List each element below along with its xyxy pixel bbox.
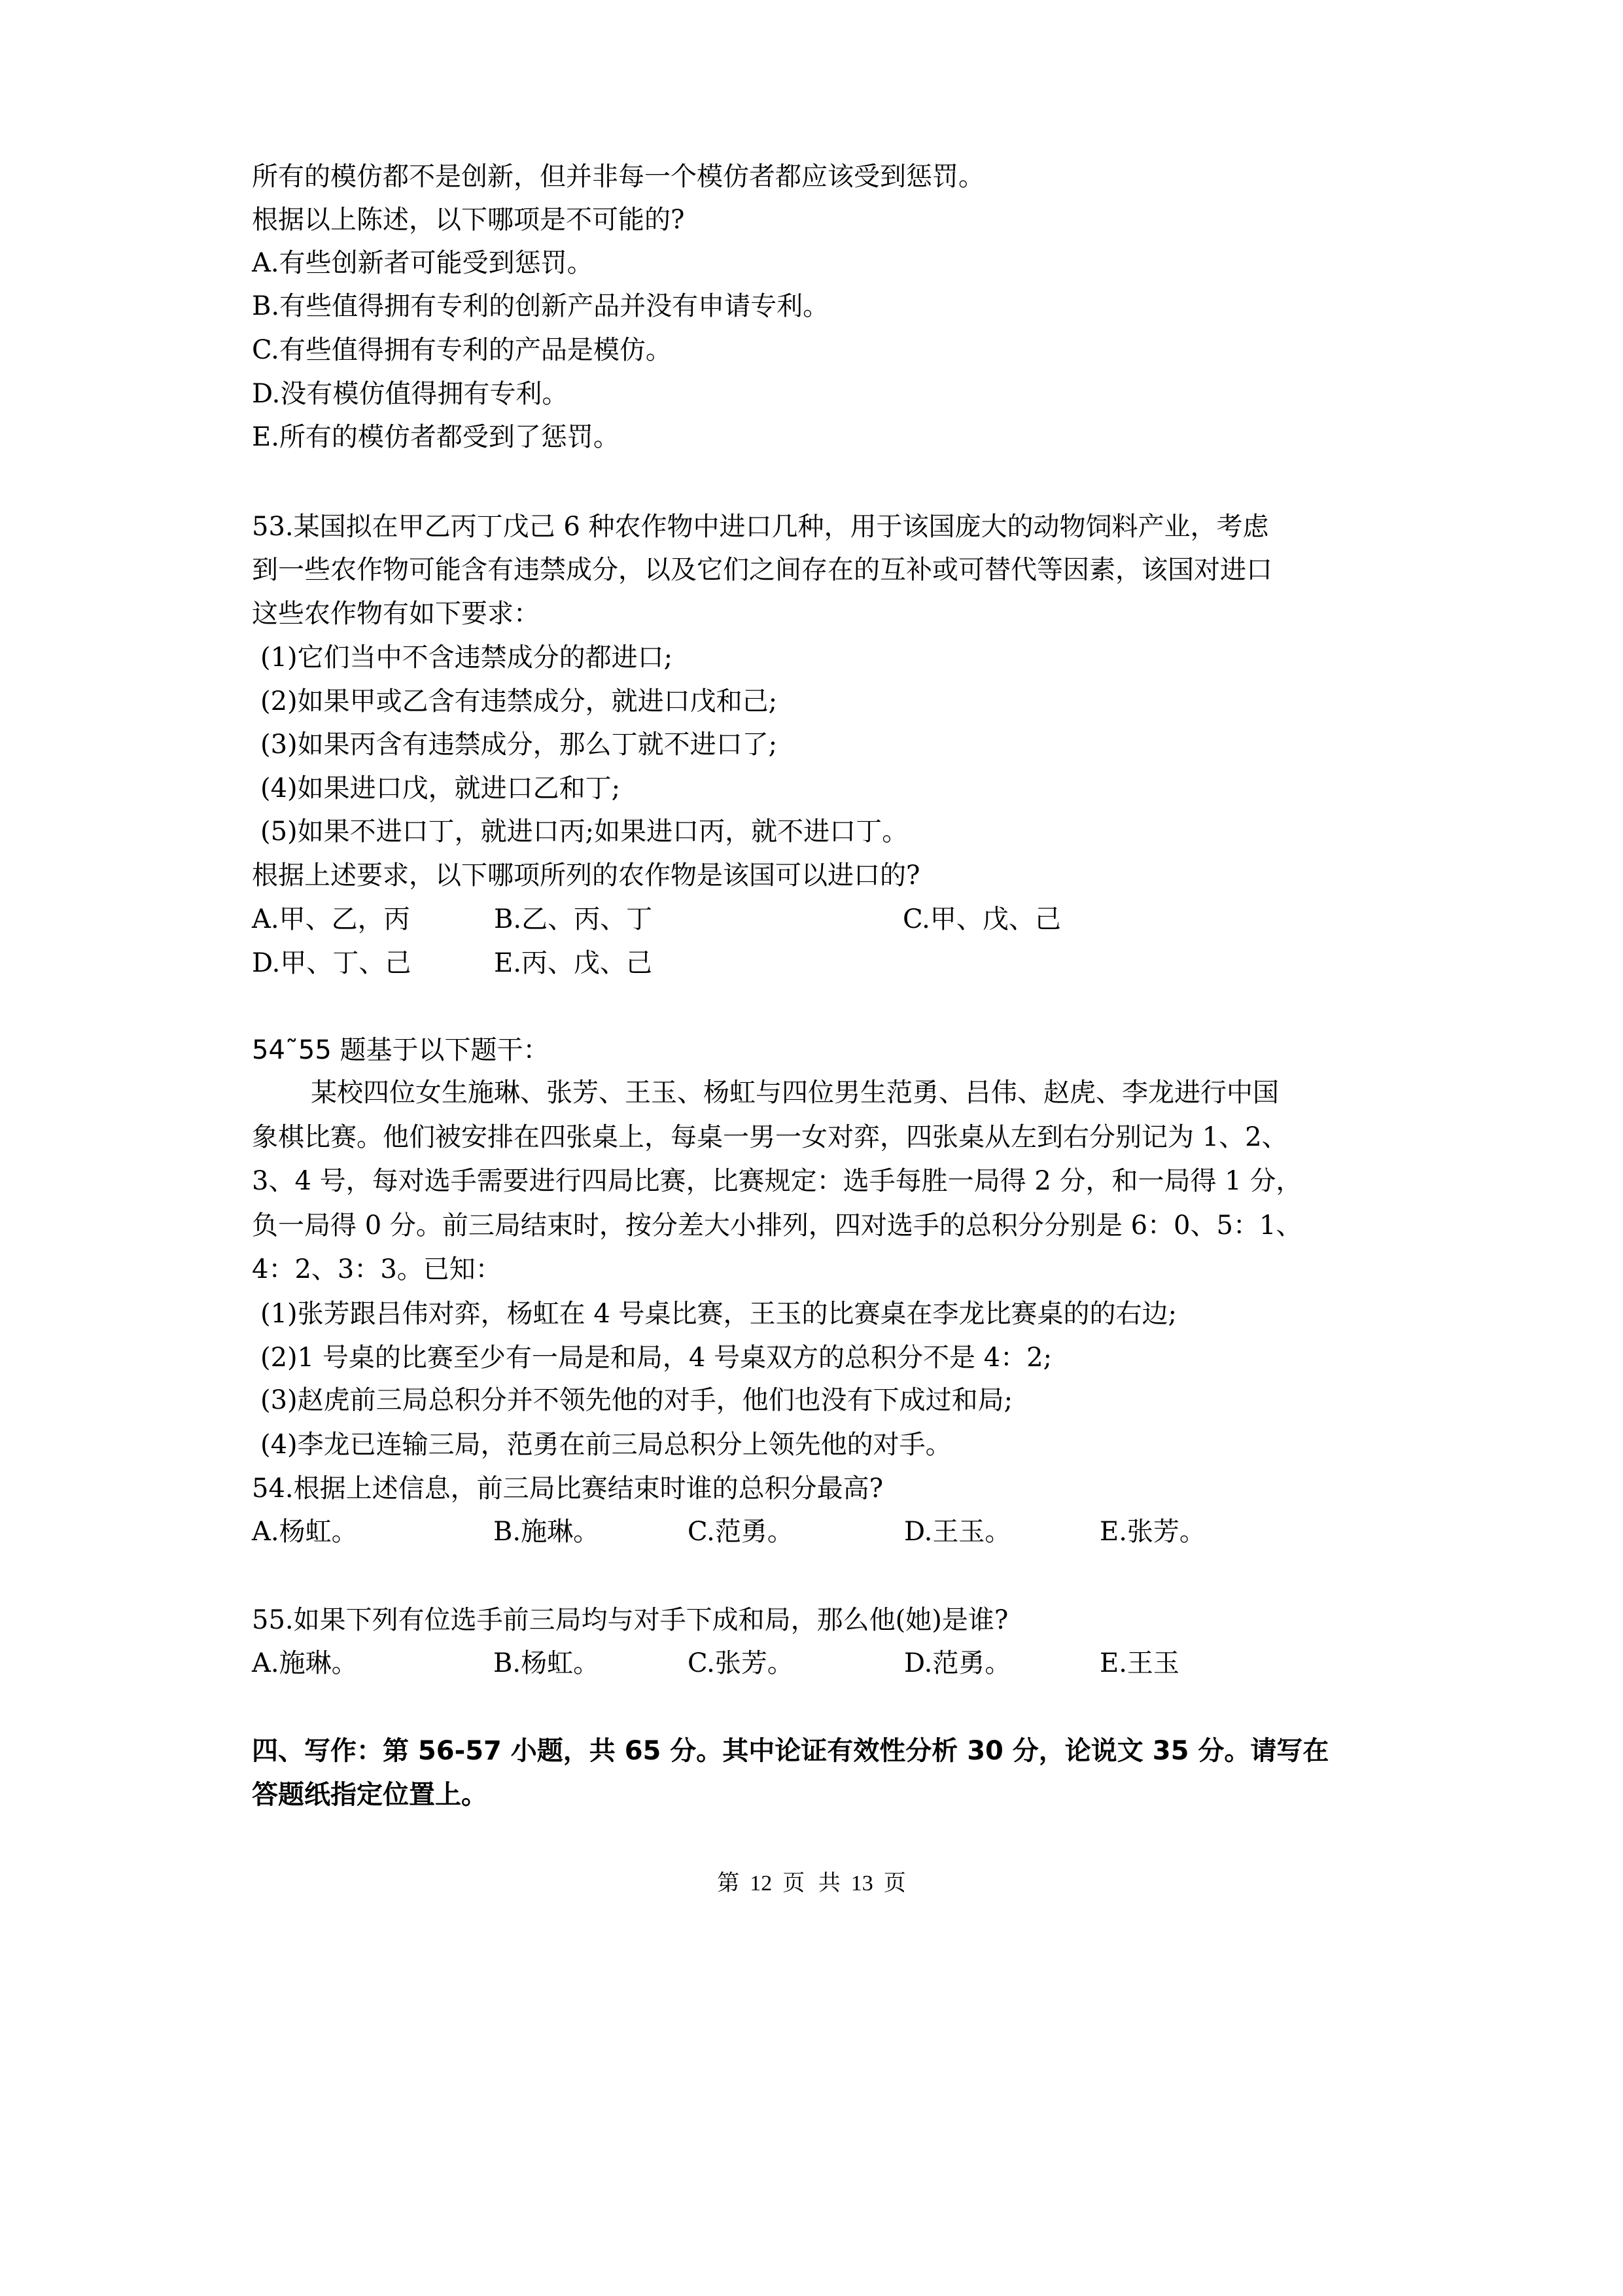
q52-option-c: C.有些值得拥有专利的产品是模仿。: [252, 334, 672, 366]
q53-condition-1: (1)它们当中不含违禁成分的都进口;: [260, 641, 672, 674]
q55-option-c: C.张芳。: [688, 1647, 794, 1680]
q54-55-condition-4: (4)李龙已连输三局，范勇在前三局总积分上领先他的对手。: [260, 1428, 952, 1461]
q55-option-e: E.王玉: [1100, 1647, 1179, 1680]
footer-current-page: 12: [750, 1871, 772, 1896]
q53-condition-2: (2)如果甲或乙含有违禁成分，就进口戊和己;: [260, 685, 777, 718]
q52-stem-line: 所有的模仿都不是创新，但并非每一个模仿者都应该受到惩罚。: [252, 160, 985, 193]
footer-total-pages: 13: [851, 1871, 873, 1896]
q54-55-condition-3: (3)赵虎前三局总积分并不领先他的对手，他们也没有下成过和局;: [260, 1384, 1013, 1417]
page-footer: 第12页 共13页: [0, 1869, 1623, 1899]
q53-stem-line-3: 这些农作物有如下要求：: [252, 597, 540, 630]
q54-option-a: A.杨虹。: [252, 1515, 358, 1548]
q54-55-paragraph-line-5: 4：2、3：3。已知：: [252, 1253, 502, 1286]
q54-55-condition-1: (1)张芳跟吕伟对弈，杨虹在 4 号桌比赛，王玉的比赛桌在李龙比赛桌的的右边;: [260, 1298, 1177, 1330]
q54-question: 54.根据上述信息，前三局比赛结束时谁的总积分最高?: [252, 1472, 883, 1505]
q55-question: 55.如果下列有位选手前三局均与对手下成和局，那么他(她)是谁?: [252, 1604, 1008, 1636]
footer-mid: 页 共: [782, 1871, 841, 1896]
q54-55-paragraph-line-3: 3、4 号，每对选手需要进行四局比赛，比赛规定：选手每胜一局得 2 分，和一局得…: [252, 1165, 1302, 1197]
q53-option-e: E.丙、戊、己: [494, 947, 652, 980]
q54-55-paragraph-line-2: 象棋比赛。他们被安排在四张桌上，每桌一男一女对弈，四张桌从左到右分别记为 1、2…: [252, 1121, 1288, 1154]
q53-option-a: A.甲、乙，丙: [252, 903, 410, 936]
q53-option-c: C.甲、戊、己: [903, 903, 1061, 936]
q52-question: 根据以上陈述，以下哪项是不可能的?: [252, 203, 684, 236]
q53-stem-line-1: 53.某国拟在甲乙丙丁戊己 6 种农作物中进口几种，用于该国庞大的动物饲料产业，…: [252, 510, 1269, 543]
q52-option-d: D.没有模仿值得拥有专利。: [252, 378, 568, 410]
q53-condition-5: (5)如果不进口丁，就进口丙;如果进口丙，就不进口丁。: [260, 815, 908, 848]
q53-question: 根据上述要求，以下哪项所列的农作物是该国可以进口的?: [252, 859, 920, 892]
q54-option-d: D.王玉。: [904, 1515, 1011, 1548]
q54-option-e: E.张芳。: [1100, 1515, 1206, 1548]
q53-condition-4: (4)如果进口戊，就进口乙和丁;: [260, 772, 620, 805]
q55-option-a: A.施琳。: [252, 1647, 358, 1680]
q53-option-b: B.乙、丙、丁: [494, 903, 652, 936]
q55-option-d: D.范勇。: [904, 1647, 1011, 1680]
q54-option-b: B.施琳。: [493, 1515, 599, 1548]
q54-55-heading: 54˜55 题基于以下题干：: [252, 1034, 550, 1067]
q52-option-e: E.所有的模仿者都受到了惩罚。: [252, 421, 620, 453]
q53-condition-3: (3)如果丙含有违禁成分，那么丁就不进口了;: [260, 728, 777, 761]
q53-stem-line-2: 到一些农作物可能含有违禁成分，以及它们之间存在的互补或可替代等因素，该国对进口: [252, 554, 1272, 586]
q54-55-condition-2: (2)1 号桌的比赛至少有一局是和局，4 号桌双方的总积分不是 4：2;: [260, 1341, 1052, 1374]
q53-option-d: D.甲、丁、己: [252, 947, 411, 980]
q54-55-paragraph-line-4: 负一局得 0 分。前三局结束时，按分差大小排列，四对选手的总积分分别是 6：0、…: [252, 1209, 1302, 1242]
q54-55-paragraph-line-1: 某校四位女生施琳、张芳、王玉、杨虹与四位男生范勇、吕伟、赵虎、李龙进行中国: [311, 1076, 1279, 1109]
q54-option-c: C.范勇。: [688, 1515, 794, 1548]
section4-heading-line-2: 答题纸指定位置上。: [252, 1778, 487, 1811]
footer-prefix: 第: [717, 1871, 739, 1896]
q52-option-a: A.有些创新者可能受到惩罚。: [252, 247, 593, 279]
footer-suffix: 页: [884, 1871, 906, 1896]
q55-option-b: B.杨虹。: [493, 1647, 599, 1680]
section4-heading-line-1: 四、写作：第 56-57 小题，共 65 分。其中论证有效性分析 30 分，论说…: [252, 1735, 1329, 1767]
q52-option-b: B.有些值得拥有专利的创新产品并没有申请专利。: [252, 290, 829, 323]
